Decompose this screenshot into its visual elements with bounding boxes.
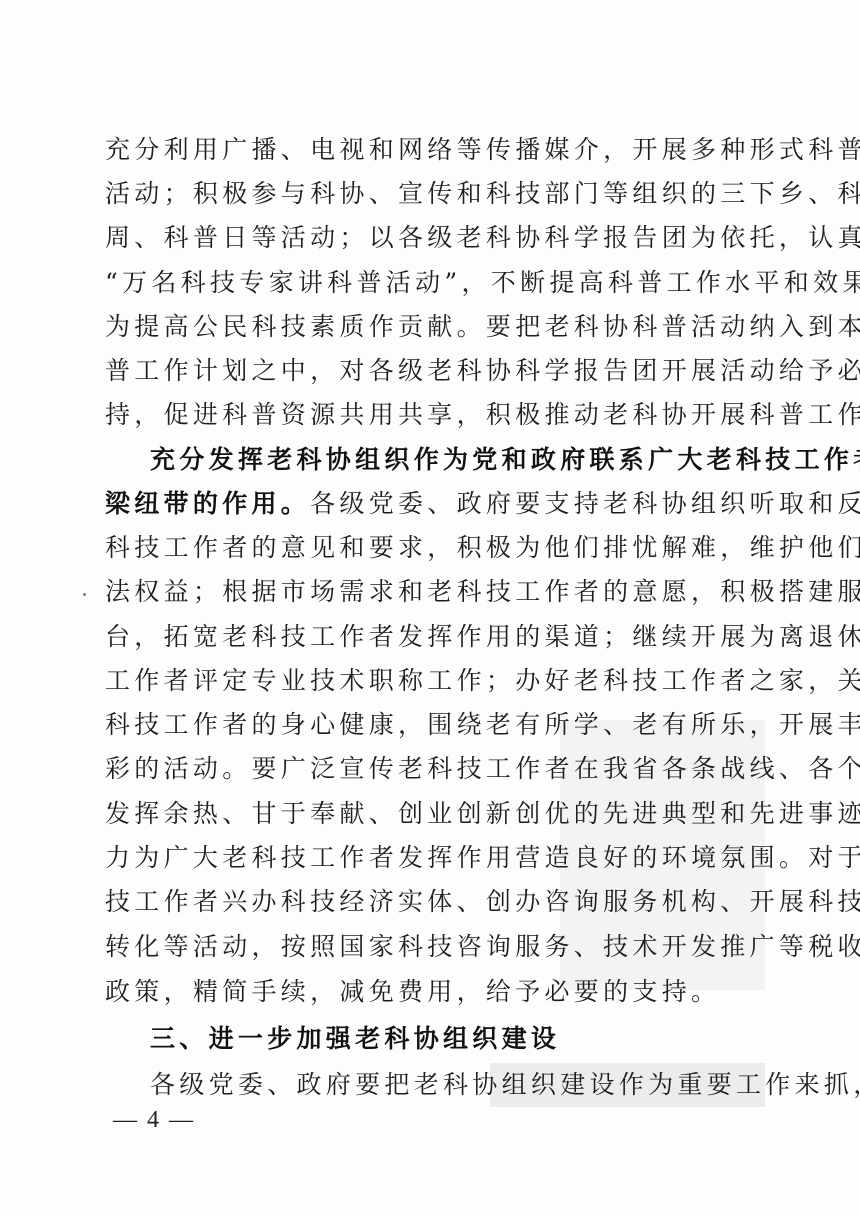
document-page: 充分利用广播、电视和网络等传播媒介，开展多种形式科普宣传 活动；积极参与科协、宣… [0, 0, 860, 1216]
text-line: 法权益；根据市场需求和老科技工作者的意愿，积极搭建服务平 [105, 570, 765, 614]
text-line: 技工作者兴办科技经济实体、创办咨询服务机构、开展科技成果 [105, 880, 765, 924]
bold-lead-sentence-end: 梁纽带的作用。 [105, 489, 310, 518]
text-line: 梁纽带的作用。各级党委、政府要支持老科协组织听取和反映老 [105, 482, 765, 526]
text-line: “万名科技专家讲科普活动”，不断提高科普工作水平和效果， [105, 261, 765, 305]
text-line: 台，拓宽老科技工作者发挥作用的渠道；继续开展为离退休科技 [105, 615, 765, 659]
text-line: 科技工作者的意见和要求，积极为他们排忧解难，维护他们的合 [105, 526, 765, 570]
text-line: 普工作计划之中，对各级老科协科学报告团开展活动给予必要支 [105, 349, 765, 393]
text-line: 政策，精简手续，减免费用，给予必要的支持。 [105, 970, 765, 1014]
section-heading: 三、进一步加强老科协组织建设 [150, 1017, 765, 1061]
text-line: 力为广大老科技工作者发挥作用营造良好的环境氛围。对于老科 [105, 836, 765, 880]
text-line: 科技工作者的身心健康，围绕老有所学、老有所乐，开展丰富多 [105, 703, 765, 747]
text-line: 周、科普日等活动；以各级老科协科学报告团为依托，认真开展 [105, 216, 765, 260]
text-run: 各级党委、政府要支持老科协组织听取和反映老 [310, 489, 860, 518]
page-number: — 4 — [113, 1105, 195, 1135]
bold-lead-sentence: 充分发挥老科协组织作为党和政府联系广大老科技工作者桥 [150, 438, 765, 482]
text-line: 彩的活动。要广泛宣传老科技工作者在我省各条战线、各个领域 [105, 747, 765, 791]
text-line: 活动；积极参与科协、宣传和科技部门等组织的三下乡、科技 [105, 172, 765, 216]
text-line: 充分利用广播、电视和网络等传播媒介，开展多种形式科普宣传 [105, 128, 765, 172]
text-line: 转化等活动，按照国家科技咨询服务、技术开发推广等税收优惠 [105, 925, 765, 969]
text-line: 发挥余热、甘于奉献、创业创新创优的先进典型和先进事迹，努 [105, 792, 765, 836]
text-line: 各级党委、政府要把老科协组织建设作为重要工作来抓，扎 [150, 1063, 765, 1107]
scan-speck [83, 593, 86, 596]
text-line: 为提高公民科技素质作贡献。要把老科协科普活动纳入到本级科 [105, 305, 765, 349]
text-line: 持，促进科普资源共用共享，积极推动老科协开展科普工作。 [105, 393, 765, 437]
text-line: 工作者评定专业技术职称工作；办好老科技工作者之家，关心老 [105, 659, 765, 703]
